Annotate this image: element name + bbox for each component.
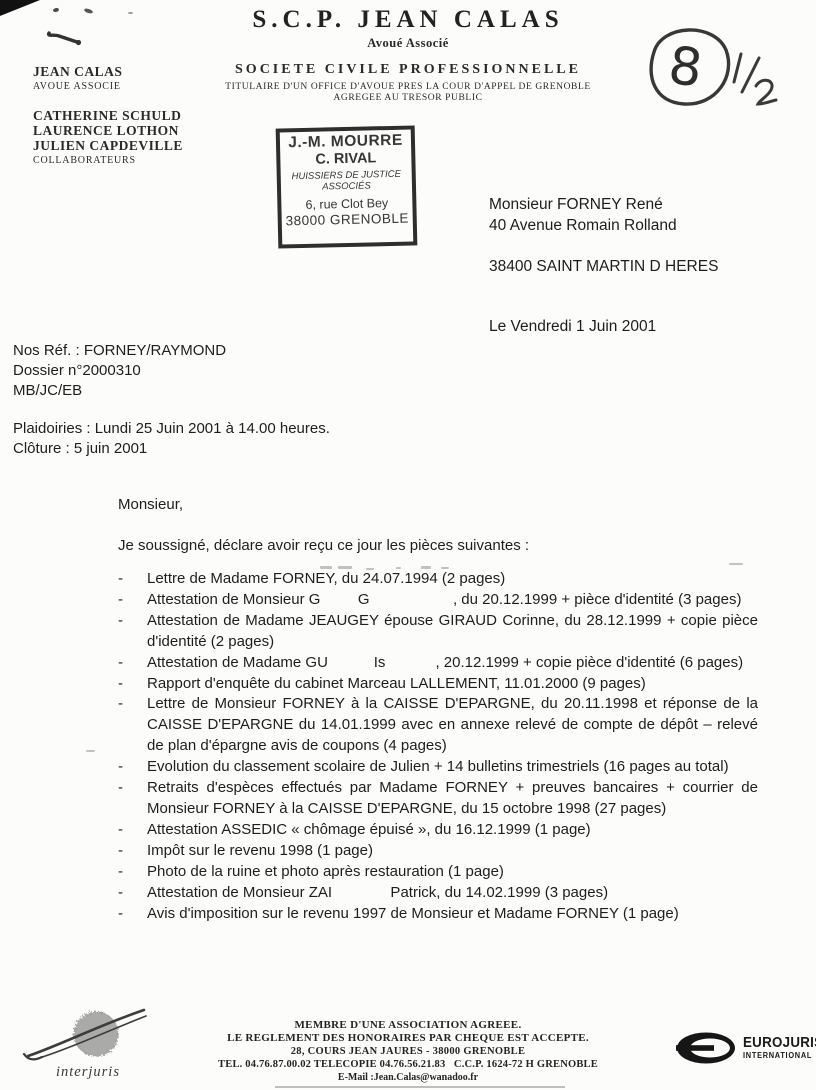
- letter-date: Le Vendredi 1 Juin 2001: [489, 318, 656, 336]
- list-item: - Retraits d'espèces effectués par Madam…: [118, 778, 758, 820]
- list-item-text: Lettre de Madame FORNEY, du 24.07.1994 (…: [147, 569, 758, 590]
- recipient-name: Monsieur FORNEY René: [489, 196, 663, 214]
- list-item-text: Lettre de Monsieur FORNEY à la CAISSE D'…: [147, 694, 758, 757]
- list-item: - Lettre de Monsieur FORNEY à la CAISSE …: [118, 694, 758, 757]
- eurojuris-logo: EUROJURIS INTERNATIONAL: [676, 1031, 816, 1065]
- list-item: - Impôt sur le revenu 1998 (1 page): [118, 841, 758, 862]
- handwritten-number-8: 8: [665, 36, 705, 100]
- interjuris-logo: interjuris: [18, 1008, 158, 1068]
- interjuris-label: interjuris: [56, 1064, 120, 1081]
- eurojuris-wordmark: EUROJURIS INTERNATIONAL: [743, 1036, 816, 1060]
- bullet-dash: -: [118, 653, 147, 674]
- collaborators-title: COLLABORATEURS: [33, 155, 183, 166]
- list-item: - Attestation de Monsieur G G , du 20.12…: [118, 590, 758, 611]
- hearing-date-line: Plaidoiries : Lundi 25 Juin 2001 à 14.00…: [13, 419, 330, 439]
- list-item-text: Attestation de Monsieur ZAI Patrick, du …: [147, 883, 758, 904]
- handwritten-one: [734, 54, 741, 82]
- bullet-dash: -: [118, 674, 147, 695]
- bullet-dash: -: [118, 904, 147, 925]
- bullet-dash: -: [118, 757, 147, 778]
- handwritten-page-annotation: 8: [628, 14, 808, 119]
- dossier-number: Dossier n°2000310: [13, 361, 226, 381]
- footer-line: LE REGLEMENT DES HONORAIRES PAR CHEQUE E…: [158, 1032, 658, 1045]
- list-item: - Attestation de Madame JEAUGEY épouse G…: [118, 611, 758, 653]
- list-item: - Attestation ASSEDIC « chômage épuisé »…: [118, 820, 758, 841]
- footer-line: 28, COURS JEAN JAURES - 38000 GRENOBLE: [158, 1045, 658, 1058]
- initials-line: MB/JC/EB: [13, 381, 226, 401]
- collaborator-name: JULIEN CAPDEVILLE: [33, 138, 183, 153]
- recipient-city: 38400 SAINT MARTIN D HERES: [489, 258, 718, 276]
- bullet-dash: -: [118, 862, 147, 883]
- eurojuris-name: EUROJURIS: [743, 1036, 816, 1051]
- list-item: - Rapport d'enquête du cabinet Marceau L…: [118, 674, 758, 695]
- huissier-stamp: J.-M. MOURRE C. RIVAL HUISSIERS DE JUSTI…: [276, 125, 418, 248]
- bullet-dash: -: [118, 820, 147, 841]
- list-item: - Attestation de Madame GU Is , 20.12.19…: [118, 653, 758, 674]
- list-item-text: Avis d'imposition sur le revenu 1997 de …: [147, 904, 758, 925]
- scan-bottom-line: [275, 1086, 565, 1088]
- reference-block: Nos Réf. : FORNEY/RAYMOND Dossier n°2000…: [13, 341, 226, 401]
- closing-date-line: Clôture : 5 juin 2001: [13, 439, 330, 459]
- list-item: - Lettre de Madame FORNEY, du 24.07.1994…: [118, 569, 758, 590]
- footer-line: MEMBRE D'UNE ASSOCIATION AGREEE.: [158, 1019, 658, 1032]
- list-item: - Photo de la ruine et photo après resta…: [118, 862, 758, 883]
- salutation: Monsieur,: [118, 496, 183, 513]
- list-item-text: Rapport d'enquête du cabinet Marceau LAL…: [147, 674, 758, 695]
- intro-sentence: Je soussigné, déclare avoir reçu ce jour…: [118, 537, 529, 554]
- list-item: - Attestation de Monsieur ZAI Patrick, d…: [118, 883, 758, 904]
- interjuris-swirl-icon: [18, 1008, 148, 1063]
- bullet-dash: -: [118, 778, 147, 799]
- list-item-text: Impôt sur le revenu 1998 (1 page): [147, 841, 758, 862]
- list-item: - Evolution du classement scolaire de Ju…: [118, 757, 758, 778]
- scan-ghost-mark: [729, 563, 743, 565]
- collaborator-name: CATHERINE SCHULD: [33, 108, 183, 123]
- bullet-dash: -: [118, 611, 147, 632]
- collaborator-name: LAURENCE LOTHON: [33, 123, 183, 138]
- list-item-text: Photo de la ruine et photo après restaur…: [147, 862, 758, 883]
- stamp-name-1: J.-M. MOURRE: [280, 132, 411, 153]
- reference-line: Nos Réf. : FORNEY/RAYMOND: [13, 341, 226, 361]
- list-item-text: Attestation de Madame JEAUGEY épouse GIR…: [147, 611, 758, 653]
- stamp-name-2: C. RIVAL: [280, 150, 411, 170]
- hearing-block: Plaidoiries : Lundi 25 Juin 2001 à 14.00…: [13, 419, 330, 459]
- footer-email-line: E-Mail :Jean.Calas@wanadoo.fr: [158, 1071, 658, 1084]
- list-item-text: Evolution du classement scolaire de Juli…: [147, 757, 758, 778]
- bullet-dash: -: [118, 694, 147, 715]
- list-item-text: Attestation de Madame GU Is , 20.12.1999…: [147, 653, 758, 674]
- bullet-dash: -: [118, 590, 147, 611]
- list-item-text: Retraits d'espèces effectués par Madame …: [147, 778, 758, 820]
- principal-attorney-name: JEAN CALAS: [33, 64, 183, 79]
- scan-ghost-mark: [86, 750, 95, 752]
- bullet-dash: -: [118, 569, 147, 590]
- bullet-dash: -: [118, 883, 147, 904]
- recipient-street: 40 Avenue Romain Rolland: [489, 217, 677, 235]
- collaborators-block: CATHERINE SCHULD LAURENCE LOTHON JULIEN …: [33, 108, 183, 166]
- list-item-text: Attestation de Monsieur G G , du 20.12.1…: [147, 590, 758, 611]
- bullet-dash: -: [118, 841, 147, 862]
- principal-attorney-title: AVOUE ASSOCIE: [33, 81, 183, 92]
- scanned-letter-page: S.C.P. JEAN CALAS Avoué Associé SOCIETE …: [0, 0, 816, 1090]
- received-documents-list: - Lettre de Madame FORNEY, du 24.07.1994…: [118, 569, 758, 924]
- footer-line: TEL. 04.76.87.00.02 TELECOPIE 04.76.56.2…: [158, 1058, 658, 1071]
- eurojuris-subtitle: INTERNATIONAL: [743, 1052, 816, 1060]
- attorneys-column: JEAN CALAS AVOUE ASSOCIE CATHERINE SCHUL…: [33, 64, 183, 166]
- footer-address-block: MEMBRE D'UNE ASSOCIATION AGREEE. LE REGL…: [158, 1019, 658, 1084]
- eurojuris-ellipse-icon: [676, 1031, 738, 1065]
- list-item-text: Attestation ASSEDIC « chômage épuisé », …: [147, 820, 758, 841]
- list-item: - Avis d'imposition sur le revenu 1997 d…: [118, 904, 758, 925]
- handwritten-two: [756, 80, 776, 104]
- stamp-city: 38000 GRENOBLE: [282, 211, 413, 230]
